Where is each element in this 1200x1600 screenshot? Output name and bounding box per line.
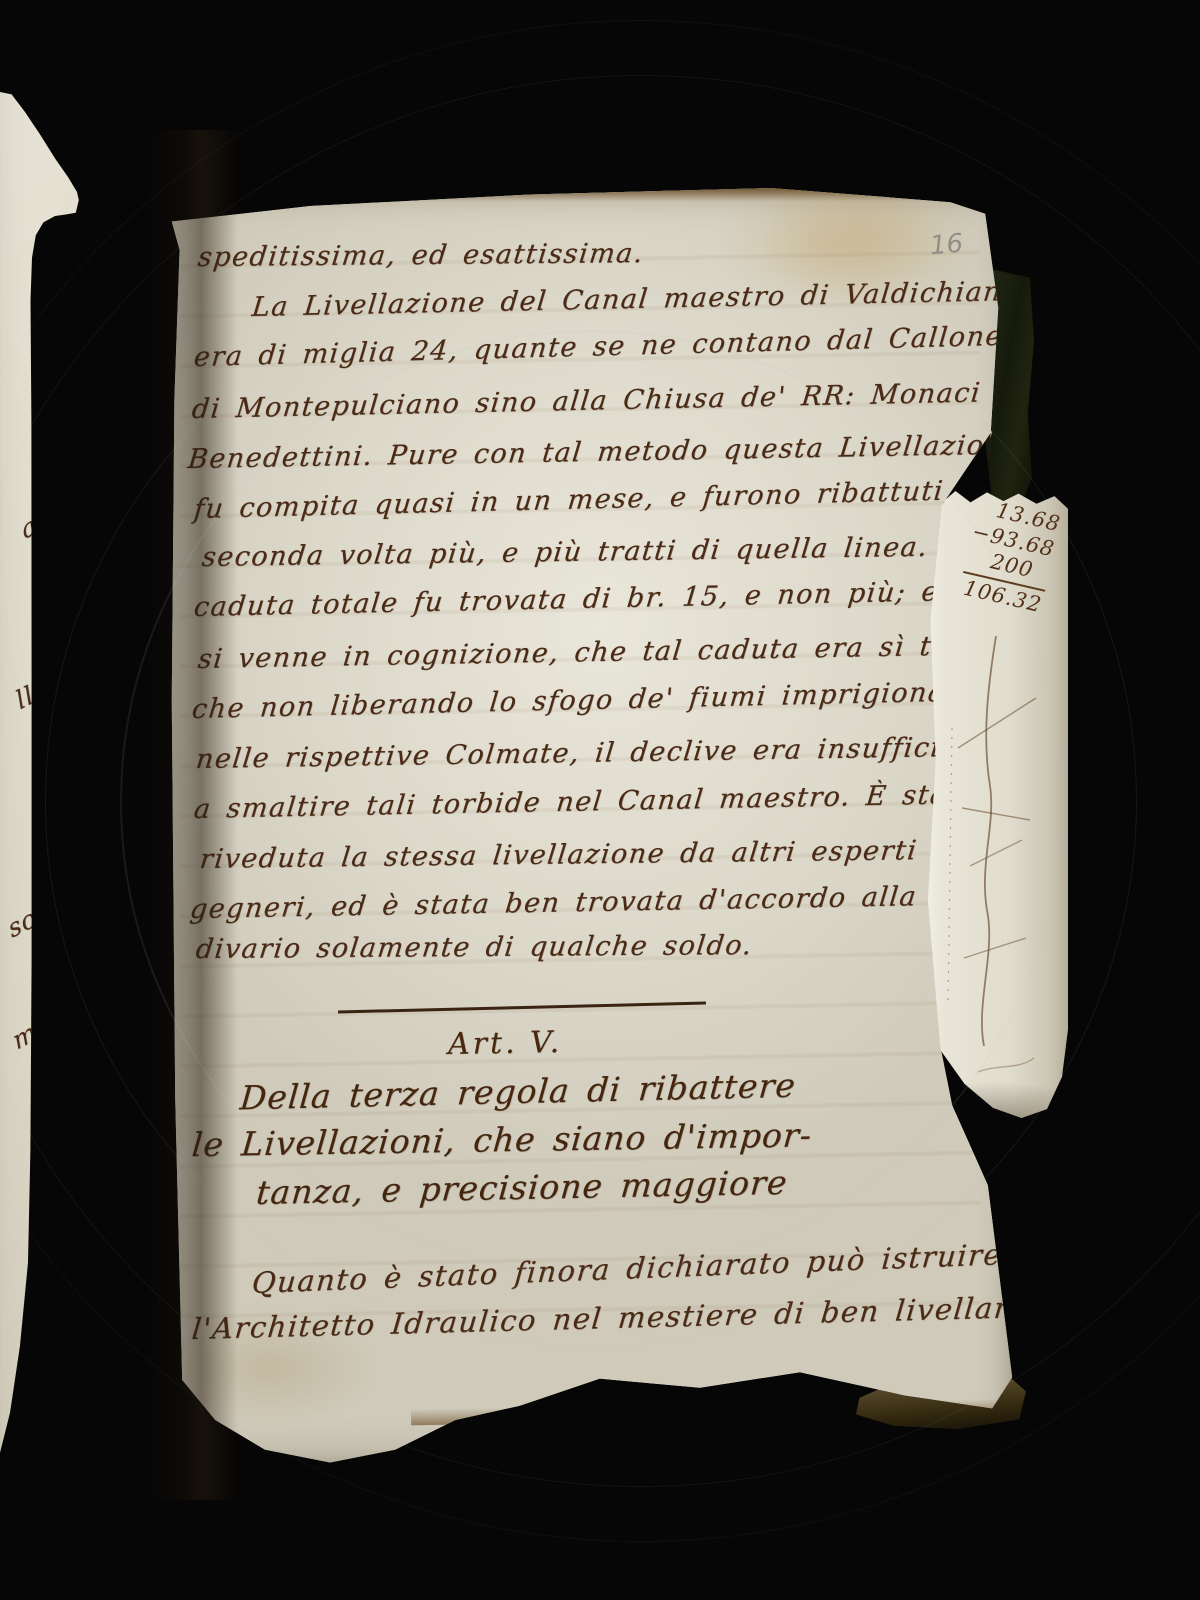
left-page-line-fragment: zioni, ancor <box>37 1049 193 1151</box>
left-page-line-fragment: oggole, de' <box>36 1347 185 1437</box>
left-page-line-fragment: ascendenti <box>54 1109 195 1206</box>
left-page-line-fragment: la Livellaz. <box>49 993 195 1090</box>
left-page-line-fragment: ne di miglia <box>26 1289 189 1388</box>
section-heading-line: le Livellazioni, che siano d'impor- <box>168 1115 835 1164</box>
left-page-line-fragment: ata Superiore <box>17 431 197 545</box>
left-page-line-fragment: de' dirazj di <box>31 488 193 593</box>
left-page: pianura, la almente la di perenne g. sca… <box>0 0 200 1600</box>
photo-open-manuscript: 13.68 −93.68 200 106.32 pianura, la alme… <box>0 0 1200 1600</box>
left-page-line-fragment: llazione form. <box>12 601 193 716</box>
left-page-line-fragment: campagna, e <box>25 1229 193 1334</box>
left-page-line-fragment: minori, e le <box>35 713 191 815</box>
note-scroll: 13.68 −93.68 200 106.32 <box>918 486 1068 1118</box>
left-page-line-fragment: scano comp. <box>34 316 199 419</box>
manuscript-line: divario solamente di qualche soldo. <box>194 930 754 965</box>
section-heading: Della terza regola di ribattere le Livel… <box>186 1072 850 1216</box>
left-page-line-fragment: di perenne <box>51 881 195 977</box>
section-heading-line: Della terza regola di ribattere <box>184 1064 851 1118</box>
left-page-line-fragment: scendenti, e <box>34 657 195 761</box>
left-page-line-fragment: scendenti i <box>44 1169 191 1266</box>
page-number: 16 <box>929 229 965 262</box>
left-page-line-fragment: azioni, e pur <box>26 373 195 482</box>
left-page-line-fragment: pianura, la <box>264 132 413 212</box>
left-page-line-fragment: maggiore. Os. <box>9 937 191 1056</box>
article-heading: Art. V. <box>375 1024 636 1064</box>
manuscript-line: speditissima, ed esattissima. <box>196 238 646 273</box>
right-page: 16 speditissima, ed esattissima. La Live… <box>150 188 1020 1478</box>
left-page-line-fragment: scendente alla <box>4 825 193 944</box>
section-heading-line: tanza, e precisione maggiore <box>188 1162 855 1214</box>
